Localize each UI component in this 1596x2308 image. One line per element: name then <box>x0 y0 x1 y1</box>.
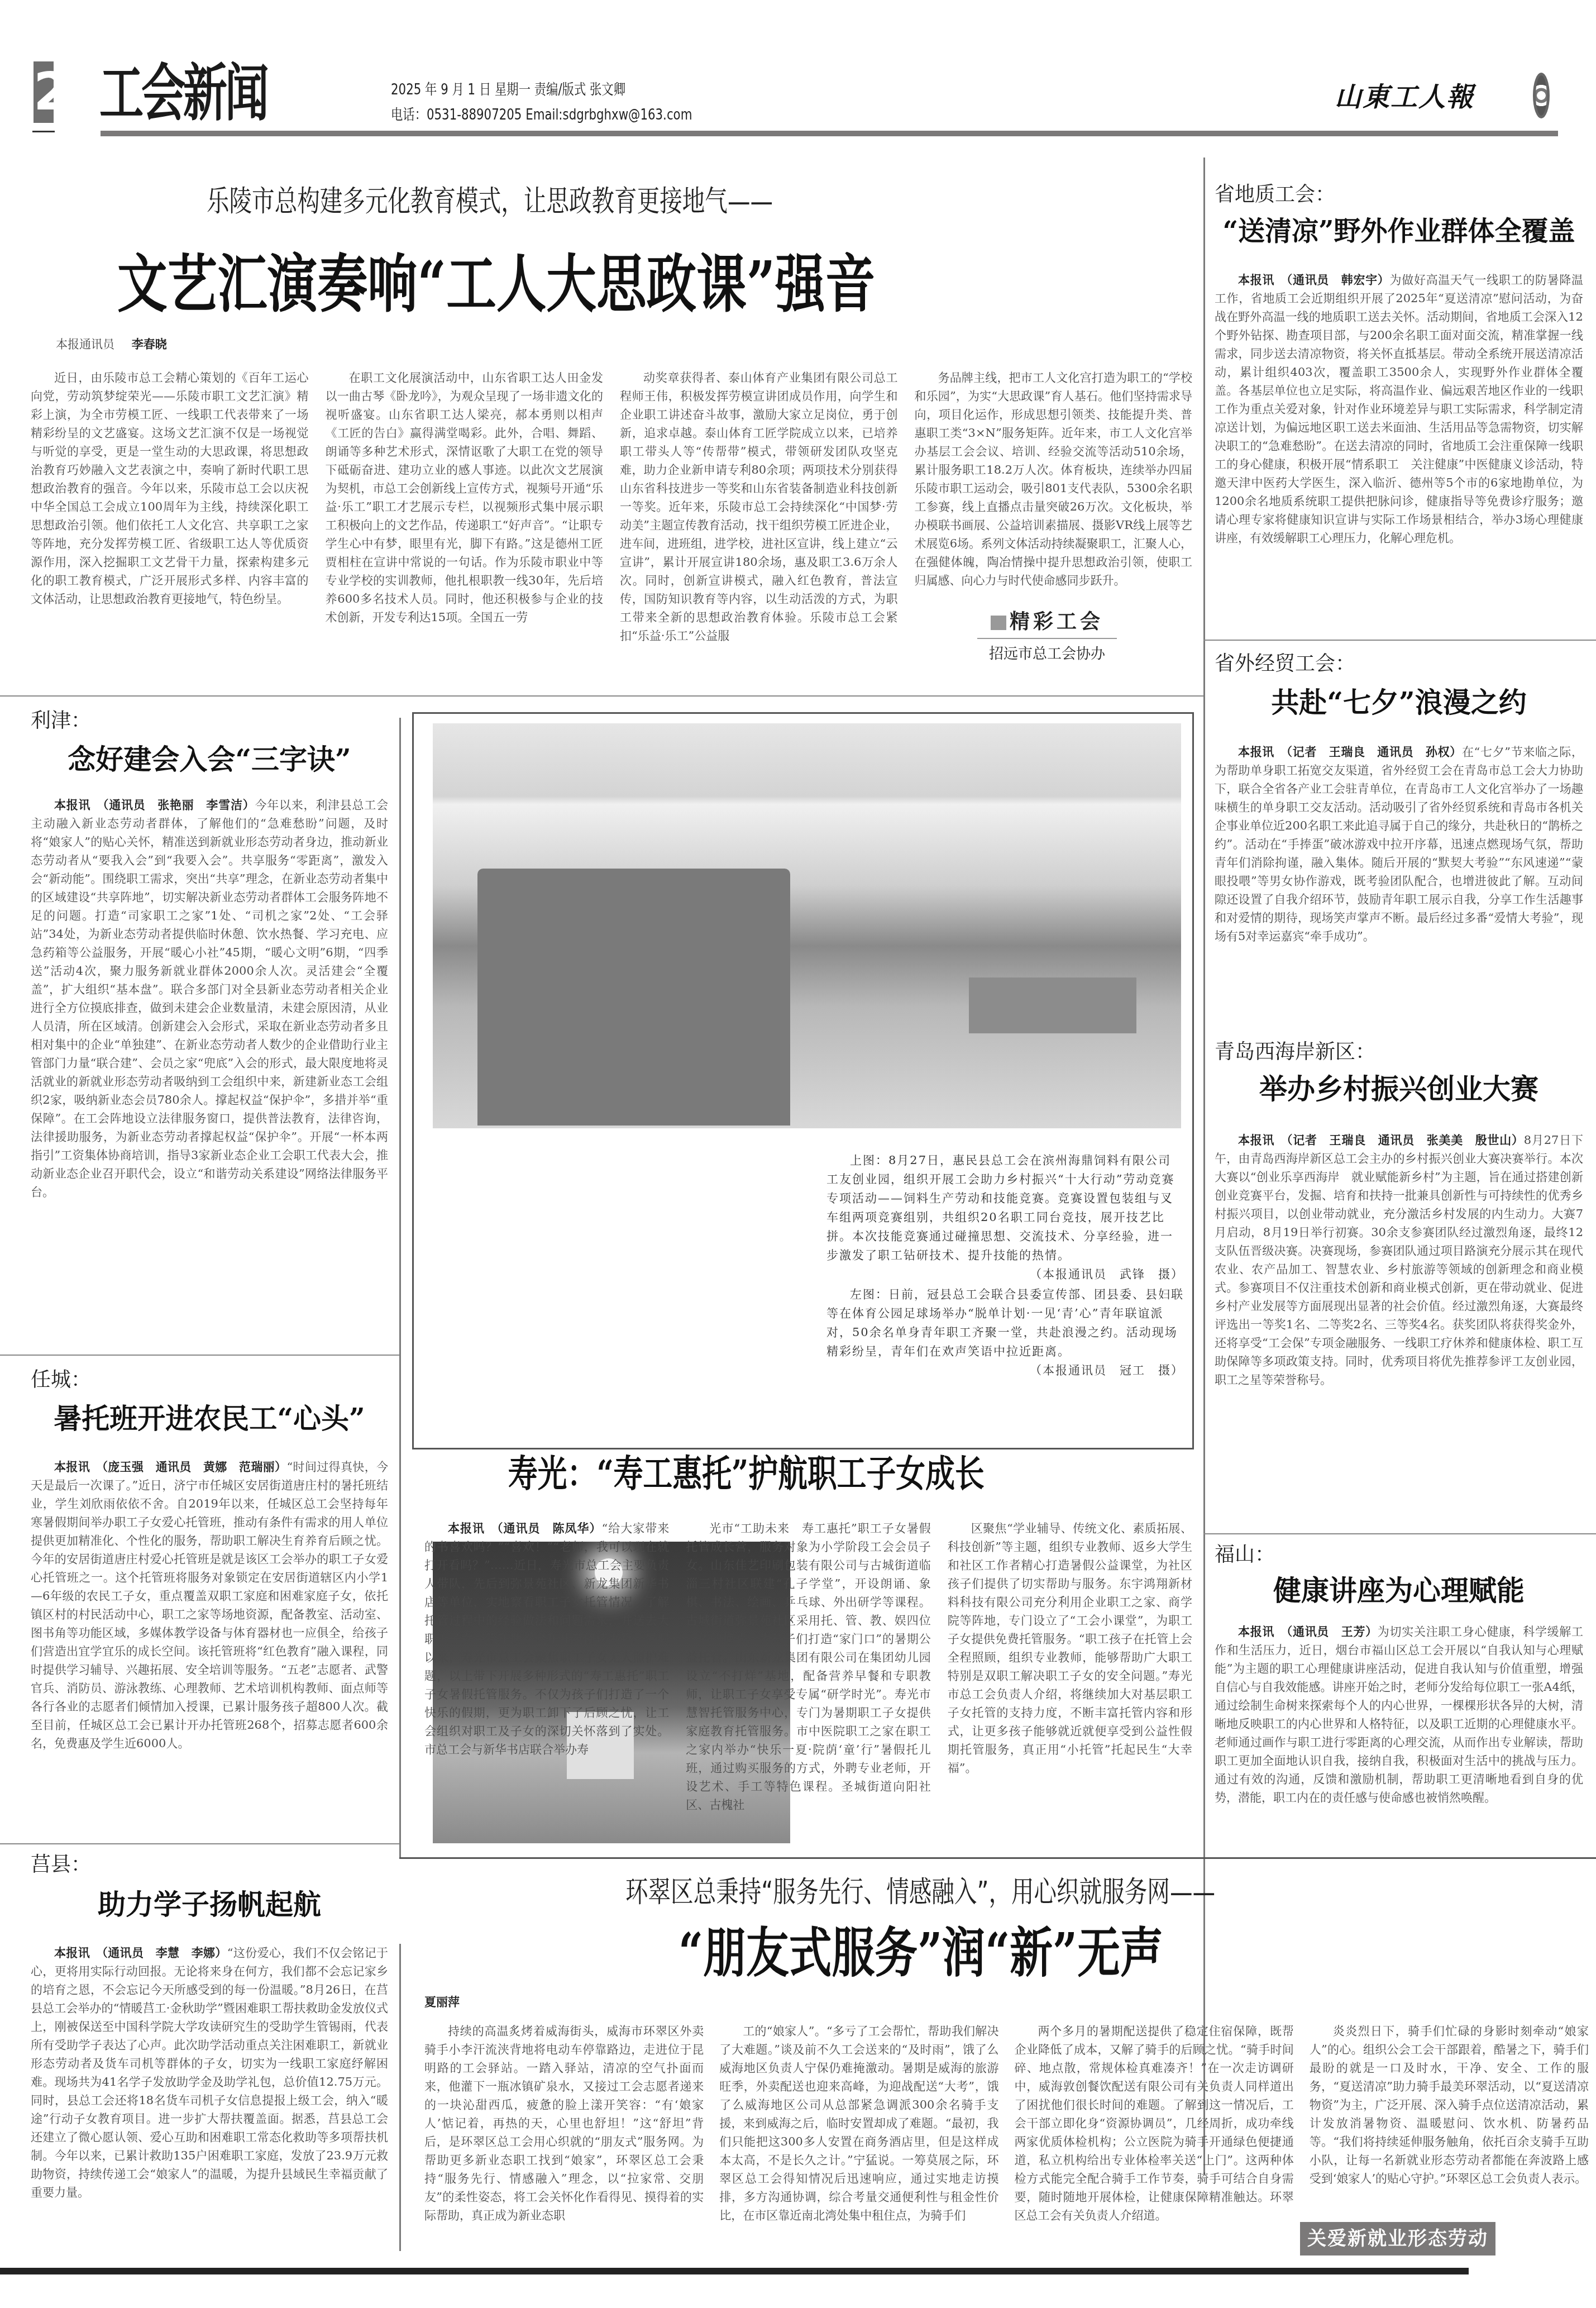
lead-column-4: 务品牌主线，把市工人文化宫打造为职工的“学校和乐园”，为实“大思政课”育人基石。… <box>915 369 1193 592</box>
divider <box>0 1355 399 1356</box>
headline-west-coast: 举办乡村振兴创业大赛 <box>1215 1067 1583 1107</box>
region-label-juxian: 莒县： <box>31 1849 91 1877</box>
huancui-headline: “朋友式服务”润“新”无声 <box>678 1910 1163 1987</box>
byline-geology: 本报讯 （通讯员 韩宏宇） <box>1238 273 1390 287</box>
byline-west-coast: 本报讯 （记者 王瑞良 通讯员 张美美 殷世山） <box>1238 1133 1524 1147</box>
byline-foreign-trade: 本报讯 （记者 王瑞良 通讯员 孙权） <box>1238 745 1462 759</box>
masthead-divider <box>101 131 1558 136</box>
huancui-byline: 夏丽萍 <box>424 1993 460 2010</box>
headline-lijin: 念好建会入会“三字诀” <box>31 737 388 778</box>
lead-story-divider <box>0 695 1203 697</box>
badge-divider <box>977 638 1117 639</box>
byline-juxian: 本报讯 （通讯员 李慧 李娜） <box>54 1946 227 1959</box>
headline-foreign-trade: 共赴“七夕”浪漫之约 <box>1215 680 1583 721</box>
badge-title: 精彩工会 <box>1010 611 1103 633</box>
lead-column-3: 动奖章获得者、泰山体育产业集团有限公司总工程师王伟，积极发挥劳模宣讲团成员作用，… <box>620 369 898 687</box>
byline-rencheng: 本报讯 （庞玉强 通讯员 黄娜 范瑞丽） <box>54 1460 286 1474</box>
divider <box>0 1843 399 1844</box>
lead-kicker: 乐陵市总构建多元化教育模式，让思政教育更接地气—— <box>207 178 773 220</box>
banner-shape <box>969 977 1136 1033</box>
byline-name: 李春晓 <box>132 337 167 351</box>
forklift-shape <box>477 869 790 1126</box>
byline-fushan: 本报讯 （通讯员 王芳） <box>1238 1625 1378 1638</box>
headline-juxian: 助力学子扬帆起航 <box>31 1882 388 1923</box>
page-number-underline <box>32 131 55 132</box>
article-fushan: 本报讯 （通讯员 王芳）为切实关注职工身心健康，科学缓解工作和生活压力，近日，烟… <box>1215 1623 1583 1857</box>
lead-column-1: 近日，由乐陵市总工会精心策划的《百年工运心向党，劳动筑梦绽荣光——乐陵市职工文艺… <box>31 369 309 687</box>
badge-square-icon <box>991 616 1006 630</box>
contact-line: 电话：0531-88907205 Email:sdgrbghxw@163.com <box>391 103 692 124</box>
photo-caption-top: 上图：8月27日，惠民县总工会在滨州海鼎饲料有限公司工友创业园，组织开展工会助力… <box>826 1151 1184 1284</box>
headline-geology: “送清凉”野外作业群体全覆盖 <box>1215 209 1583 248</box>
shouguang-column-3: 区聚焦“学业辅导、传统文化、素质拓展、科技创新”等主题，组织专业教师、返乡大学生… <box>948 1519 1192 1849</box>
sponsor-badge: 精彩工会 招远市总工会协办 <box>977 606 1117 663</box>
region-label-lijin: 利津： <box>31 705 91 733</box>
region-label-fushan: 福山： <box>1215 1539 1275 1567</box>
huancui-kicker: 环翠区总秉持“服务先行、情感融入”，用心织就服务网—— <box>625 1868 1215 1910</box>
huancui-column-1: 持续的高温炙烤着威海街头，威海市环翠区外卖骑手小李汗流浃背地将电动车停靠路边，走… <box>424 2022 704 2268</box>
shouguang-headline: 寿光：“寿工惠托”护航职工子女成长 <box>508 1444 985 1497</box>
photo-credit-top: （本报通讯员 武锋 摄） <box>826 1265 1184 1284</box>
trade-union-emblem-icon <box>1533 73 1550 118</box>
lead-byline: 本报通讯员 李春晓 <box>56 335 167 352</box>
section-title: 工会新闻 <box>99 63 267 124</box>
region-label-geology: 省地质工会： <box>1215 179 1335 207</box>
huancui-column-3: 两个多月的暑期配送提供了稳定住宿保障，既帮企业降低了成本，又解了骑手的后顾之忧。… <box>1015 2022 1294 2268</box>
lead-headline: 文艺汇演奏响“工人大思政课”强音 <box>117 235 875 325</box>
region-label-foreign-trade: 省外经贸工会： <box>1215 648 1355 676</box>
article-rencheng: 本报讯 （庞玉强 通讯员 黄娜 范瑞丽）“时间过得真快，今天是最后一次课了。”近… <box>31 1458 388 1838</box>
photo-caption-bottom: 左图：日前，冠县总工会联合县委宣传部、团县委、县妇联等在体育公园足球场举办“脱单… <box>826 1285 1184 1380</box>
headline-fushan: 健康讲座为心理赋能 <box>1215 1568 1583 1609</box>
newspaper-logo: 山東工人報 <box>1335 75 1474 114</box>
photo-credit-bottom: （本报通讯员 冠工 摄） <box>826 1361 1184 1380</box>
huancui-column-2: 工的“娘家人”。“多亏了工会帮忙，帮助我们解决了大难题。”谈及前不久工会送来的“… <box>719 2022 998 2268</box>
divider <box>1203 640 1596 641</box>
divider <box>1203 1533 1596 1534</box>
left-column-rule <box>399 718 401 1857</box>
badge-subtitle: 招远市总工会协办 <box>977 642 1117 663</box>
article-lijin: 本报讯 （通讯员 张艳丽 李雪洁）今年以来，利津县总工会主动融入新业态劳动者群体… <box>31 796 388 1349</box>
region-label-rencheng: 任城： <box>31 1364 91 1393</box>
shouguang-column-1: 本报讯 （通讯员 陈凤华）“给大家带来的书喜欢吗？”“喜欢！”“老师，我可以现在… <box>424 1519 669 1849</box>
page-bottom-bar <box>0 2268 1469 2274</box>
shouguang-column-2: 光市“工助未来 寿工惠托”职工子女暑假托管成长营，服务对象为小学阶段工会会员子女… <box>686 1519 930 1849</box>
page-number: 2 <box>34 61 54 123</box>
shouguang-article: 本报讯 （通讯员 陈凤华）“给大家带来的书喜欢吗？”“喜欢！”“老师，我可以现在… <box>424 1519 1192 1849</box>
article-geology: 本报讯 （通讯员 韩宏宇）为做好高温天气一线职工的防暑降温工作，省地质工会近期组… <box>1215 271 1583 634</box>
lead-column-2: 在职工文化展演活动中，山东省职工达人田金发以一曲古琴《卧龙吟》，为观众呈现了一场… <box>326 369 604 687</box>
headline-rencheng: 暑托班开进农民工“心头” <box>31 1396 388 1437</box>
date-line: 2025 年 9 月 1 日 星期一 责编/版式 张文卿 <box>391 78 625 99</box>
huancui-column-4: 炎炎烈日下，骑手们忙碌的身影时刻牵动“娘家人”的心。组织公会工会干部跟着，酷暑之… <box>1310 2022 1589 2190</box>
topic-banner: 关爱新就业形态劳动者 <box>1300 2222 1495 2255</box>
huancui-top-divider <box>399 1857 1596 1859</box>
forklift-competition-photo <box>433 723 1181 1128</box>
byline-label: 本报通讯员 <box>56 337 114 351</box>
byline-lijin: 本报讯 （通讯员 张艳丽 李雪洁） <box>54 798 255 812</box>
article-juxian: 本报讯 （通讯员 李慧 李娜）“这份爱心，我们不仅会铭记于心，更将用实际行动回报… <box>31 1944 388 2279</box>
left-column-rule-bottom <box>399 1944 401 2251</box>
article-foreign-trade: 本报讯 （记者 王瑞良 通讯员 孙权）在“七夕”节来临之际，为帮助单身职工拓宽交… <box>1215 743 1583 1005</box>
article-west-coast: 本报讯 （记者 王瑞良 通讯员 张美美 殷世山）8月27日下午，由青岛西海岸新区… <box>1215 1131 1583 1528</box>
region-label-west-coast: 青岛西海岸新区： <box>1215 1036 1375 1065</box>
